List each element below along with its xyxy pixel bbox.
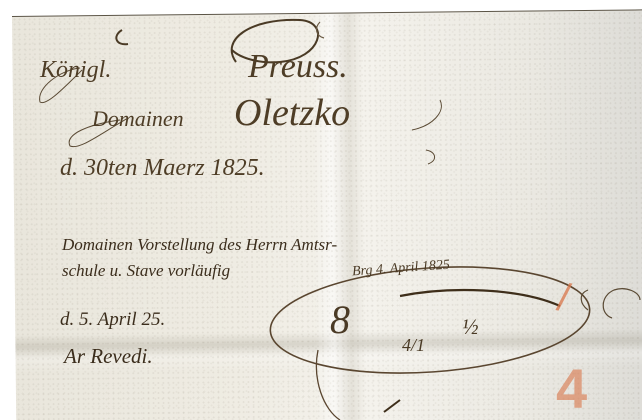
address-line2-right: Oletzko (234, 94, 350, 132)
note-line-4: Ar Revedi. (64, 346, 153, 367)
note-line-2: schule u. Stave vorläufig (62, 262, 230, 279)
note-line-1: Domainen Vorstellung des Herrn Amtsr- (62, 236, 337, 253)
address-line1-right: Preuss. (248, 50, 348, 84)
note-line-3: d. 5. April 25. (60, 310, 165, 329)
address-date-line: d. 30ten Maerz 1825. (60, 156, 265, 180)
red-crayon-numeral: 4 (556, 356, 587, 420)
oval-fraction-right: ½ (462, 316, 479, 338)
oval-large-numeral: 8 (330, 300, 350, 340)
oval-fraction-left: 4/1 (402, 336, 425, 354)
address-line1-left: Königl. (40, 58, 111, 82)
scanned-letter: Königl. Preuss. Domainen Oletzko d. 30te… (0, 0, 642, 420)
address-line2-left: Domainen (92, 108, 184, 130)
